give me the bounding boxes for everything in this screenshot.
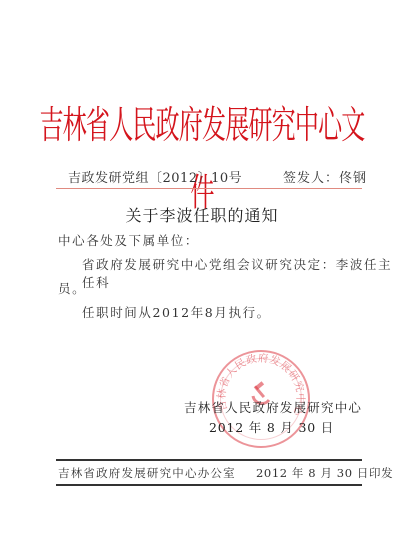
salutation: 中心各处及下属单位： bbox=[58, 231, 199, 249]
document-number: 吉政发研党组〔2012〕10号 bbox=[68, 167, 242, 186]
body-paragraph-1-line-1: 省政府发展研究中心党组会议研究决定：李波任主任科 bbox=[82, 255, 404, 291]
footer-top-rule bbox=[56, 459, 362, 461]
signature-date: 2012 年 8 月 30 日 bbox=[209, 418, 334, 436]
notice-heading: 关于李波任职的通知 bbox=[0, 203, 404, 226]
footer-issued-date: 2012 年 8 月 30 日印发 bbox=[256, 465, 393, 481]
body-paragraph-2: 任职时间从2012年8月执行。 bbox=[82, 303, 271, 321]
document-signer: 签发人：佟钢 bbox=[283, 167, 367, 186]
body-paragraph-1-line-2: 员。 bbox=[58, 279, 86, 297]
footer-issuer: 吉林省政府发展研究中心办公室 bbox=[58, 465, 236, 481]
footer-bottom-rule bbox=[56, 484, 362, 486]
signature-organization: 吉林省人民政府发展研究中心 bbox=[184, 398, 362, 416]
red-separator-rule bbox=[56, 188, 362, 189]
